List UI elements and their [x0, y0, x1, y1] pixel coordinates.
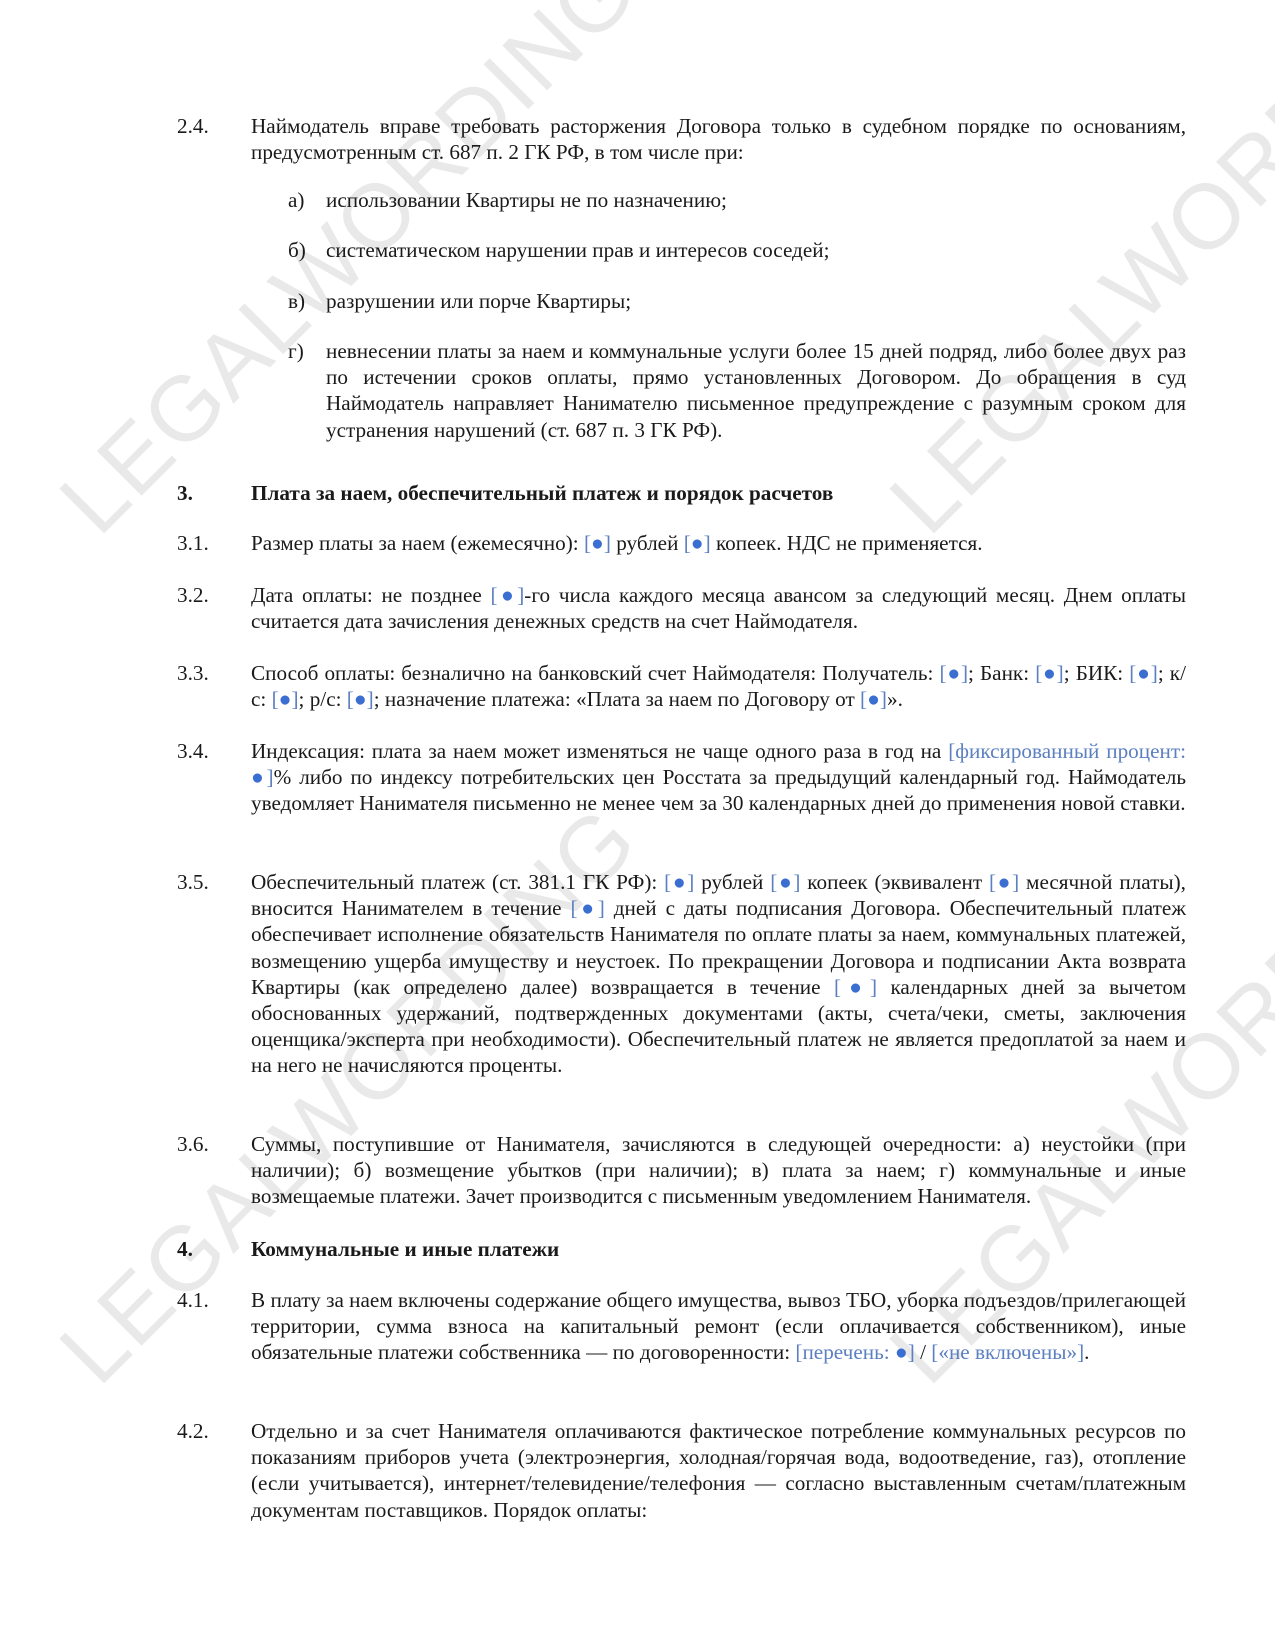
placeholder-dot-icon: ●	[591, 531, 604, 555]
placeholder-dot-icon: ●	[777, 870, 793, 894]
subitem-v: в) разрушении или порче Квартиры;	[288, 288, 1186, 314]
subitem-text: невнесении платы за наем и коммунальные …	[326, 338, 1186, 443]
subitem-letter: а)	[288, 187, 304, 213]
placeholder-dot-icon: ●	[354, 687, 367, 711]
clause-number: 4.2.	[177, 1418, 209, 1444]
placeholder-field[interactable]: [●]	[939, 661, 968, 685]
section-title: Плата за наем, обеспечительный платеж и …	[251, 480, 1186, 506]
placeholder-field[interactable]: [●]	[1129, 661, 1158, 685]
section-heading-3: 3. Плата за наем, обеспечительный платеж…	[177, 480, 1186, 506]
subitem-b: б) систематическом нарушении прав и инте…	[288, 237, 1186, 263]
subitem-a: а) использовании Квартиры не по назначен…	[288, 187, 1186, 213]
placeholder-dot-icon: ●	[841, 975, 870, 999]
clause-number: 3.5.	[177, 869, 209, 895]
clause-text: В плату за наем включены содержание обще…	[251, 1287, 1186, 1366]
clause-3-2: 3.2. Дата оплаты: не позднее [●]-го числ…	[177, 582, 1186, 634]
clause-text: Размер платы за наем (ежемесячно): [●] р…	[251, 530, 1186, 556]
clause-number: 3.4.	[177, 738, 209, 764]
placeholder-field[interactable]: [●]	[272, 687, 299, 711]
clause-text: Отдельно и за счет Нанимателя оплачивают…	[251, 1418, 1186, 1523]
clause-number: 3.3.	[177, 660, 209, 686]
clause-number: 3.1.	[177, 530, 209, 556]
placeholder-field[interactable]: [фиксированный процент: ●]	[251, 739, 1186, 789]
subitem-letter: г)	[288, 338, 304, 364]
clause-2-4: 2.4. Наймодатель вправе требовать растор…	[177, 113, 1186, 165]
section-title: Коммунальные и иные платежи	[251, 1236, 1186, 1262]
clause-3-3: 3.3. Способ оплаты: безналично на банков…	[177, 660, 1186, 712]
clause-text: Наймодатель вправе требовать расторжения…	[251, 113, 1186, 165]
placeholder-dot-icon: ●	[867, 687, 880, 711]
watermark: LEGALWORDING	[870, 0, 1275, 554]
placeholder-dot-icon: ●	[996, 870, 1012, 894]
subitem-text: систематическом нарушении прав и интерес…	[326, 237, 1186, 263]
section-heading-4: 4. Коммунальные и иные платежи	[177, 1236, 1186, 1262]
clause-text: Способ оплаты: безналично на банковский …	[251, 660, 1186, 712]
clause-text: Индексация: плата за наем может изменять…	[251, 738, 1186, 817]
clause-4-2: 4.2. Отдельно и за счет Нанимателя оплач…	[177, 1418, 1186, 1523]
placeholder-field[interactable]: [●]	[770, 870, 800, 894]
clause-3-1: 3.1. Размер платы за наем (ежемесячно): …	[177, 530, 1186, 556]
clause-text: Суммы, поступившие от Нанимателя, зачисл…	[251, 1131, 1186, 1210]
subitem-text: использовании Квартиры не по назначению;	[326, 187, 1186, 213]
placeholder-field[interactable]: [●]	[584, 531, 611, 555]
clause-number: 4.1.	[177, 1287, 209, 1313]
placeholder-field[interactable]: [●]	[860, 687, 887, 711]
placeholder-field[interactable]: [●]	[834, 975, 877, 999]
placeholder-dot-icon: ●	[498, 583, 518, 607]
placeholder-dot-icon: ●	[251, 765, 267, 789]
placeholder-dot-icon: ●	[1136, 661, 1150, 685]
clause-number: 2.4.	[177, 113, 209, 139]
clause-3-5: 3.5. Обеспечительный платеж (ст. 381.1 Г…	[177, 869, 1186, 1079]
placeholder-field[interactable]: [«не включены»]	[931, 1340, 1084, 1364]
placeholder-dot-icon: ●	[947, 661, 961, 685]
placeholder-field[interactable]: [●]	[1035, 661, 1064, 685]
clause-3-4: 3.4. Индексация: плата за наем может изм…	[177, 738, 1186, 817]
placeholder-field[interactable]: [●]	[684, 531, 711, 555]
subitem-text: разрушении или порче Квартиры;	[326, 288, 1186, 314]
placeholder-dot-icon: ●	[671, 870, 687, 894]
subitem-g: г) невнесении платы за наем и коммунальн…	[288, 338, 1186, 443]
section-number: 3.	[177, 480, 193, 506]
clause-text: Обеспечительный платеж (ст. 381.1 ГК РФ)…	[251, 869, 1186, 1079]
subitem-letter: б)	[288, 237, 306, 263]
clause-4-1: 4.1. В плату за наем включены содержание…	[177, 1287, 1186, 1366]
placeholder-dot-icon: ●	[895, 1340, 908, 1364]
placeholder-field[interactable]: [●]	[989, 870, 1019, 894]
placeholder-dot-icon: ●	[279, 687, 292, 711]
placeholder-field[interactable]: [●]	[347, 687, 374, 711]
clause-number: 3.2.	[177, 582, 209, 608]
section-number: 4.	[177, 1236, 193, 1262]
placeholder-field[interactable]: [●]	[571, 896, 605, 920]
placeholder-dot-icon: ●	[578, 896, 598, 920]
clause-3-6: 3.6. Суммы, поступившие от Нанимателя, з…	[177, 1131, 1186, 1210]
placeholder-field[interactable]: [●]	[491, 583, 525, 607]
placeholder-field[interactable]: [перечень: ●]	[795, 1340, 914, 1364]
placeholder-dot-icon: ●	[691, 531, 704, 555]
clause-number: 3.6.	[177, 1131, 209, 1157]
placeholder-field[interactable]: [●]	[664, 870, 694, 894]
watermark: LEGALWORDING	[40, 0, 658, 554]
clause-text: Дата оплаты: не позднее [●]-го числа каж…	[251, 582, 1186, 634]
subitem-letter: в)	[288, 288, 305, 314]
placeholder-dot-icon: ●	[1042, 661, 1056, 685]
